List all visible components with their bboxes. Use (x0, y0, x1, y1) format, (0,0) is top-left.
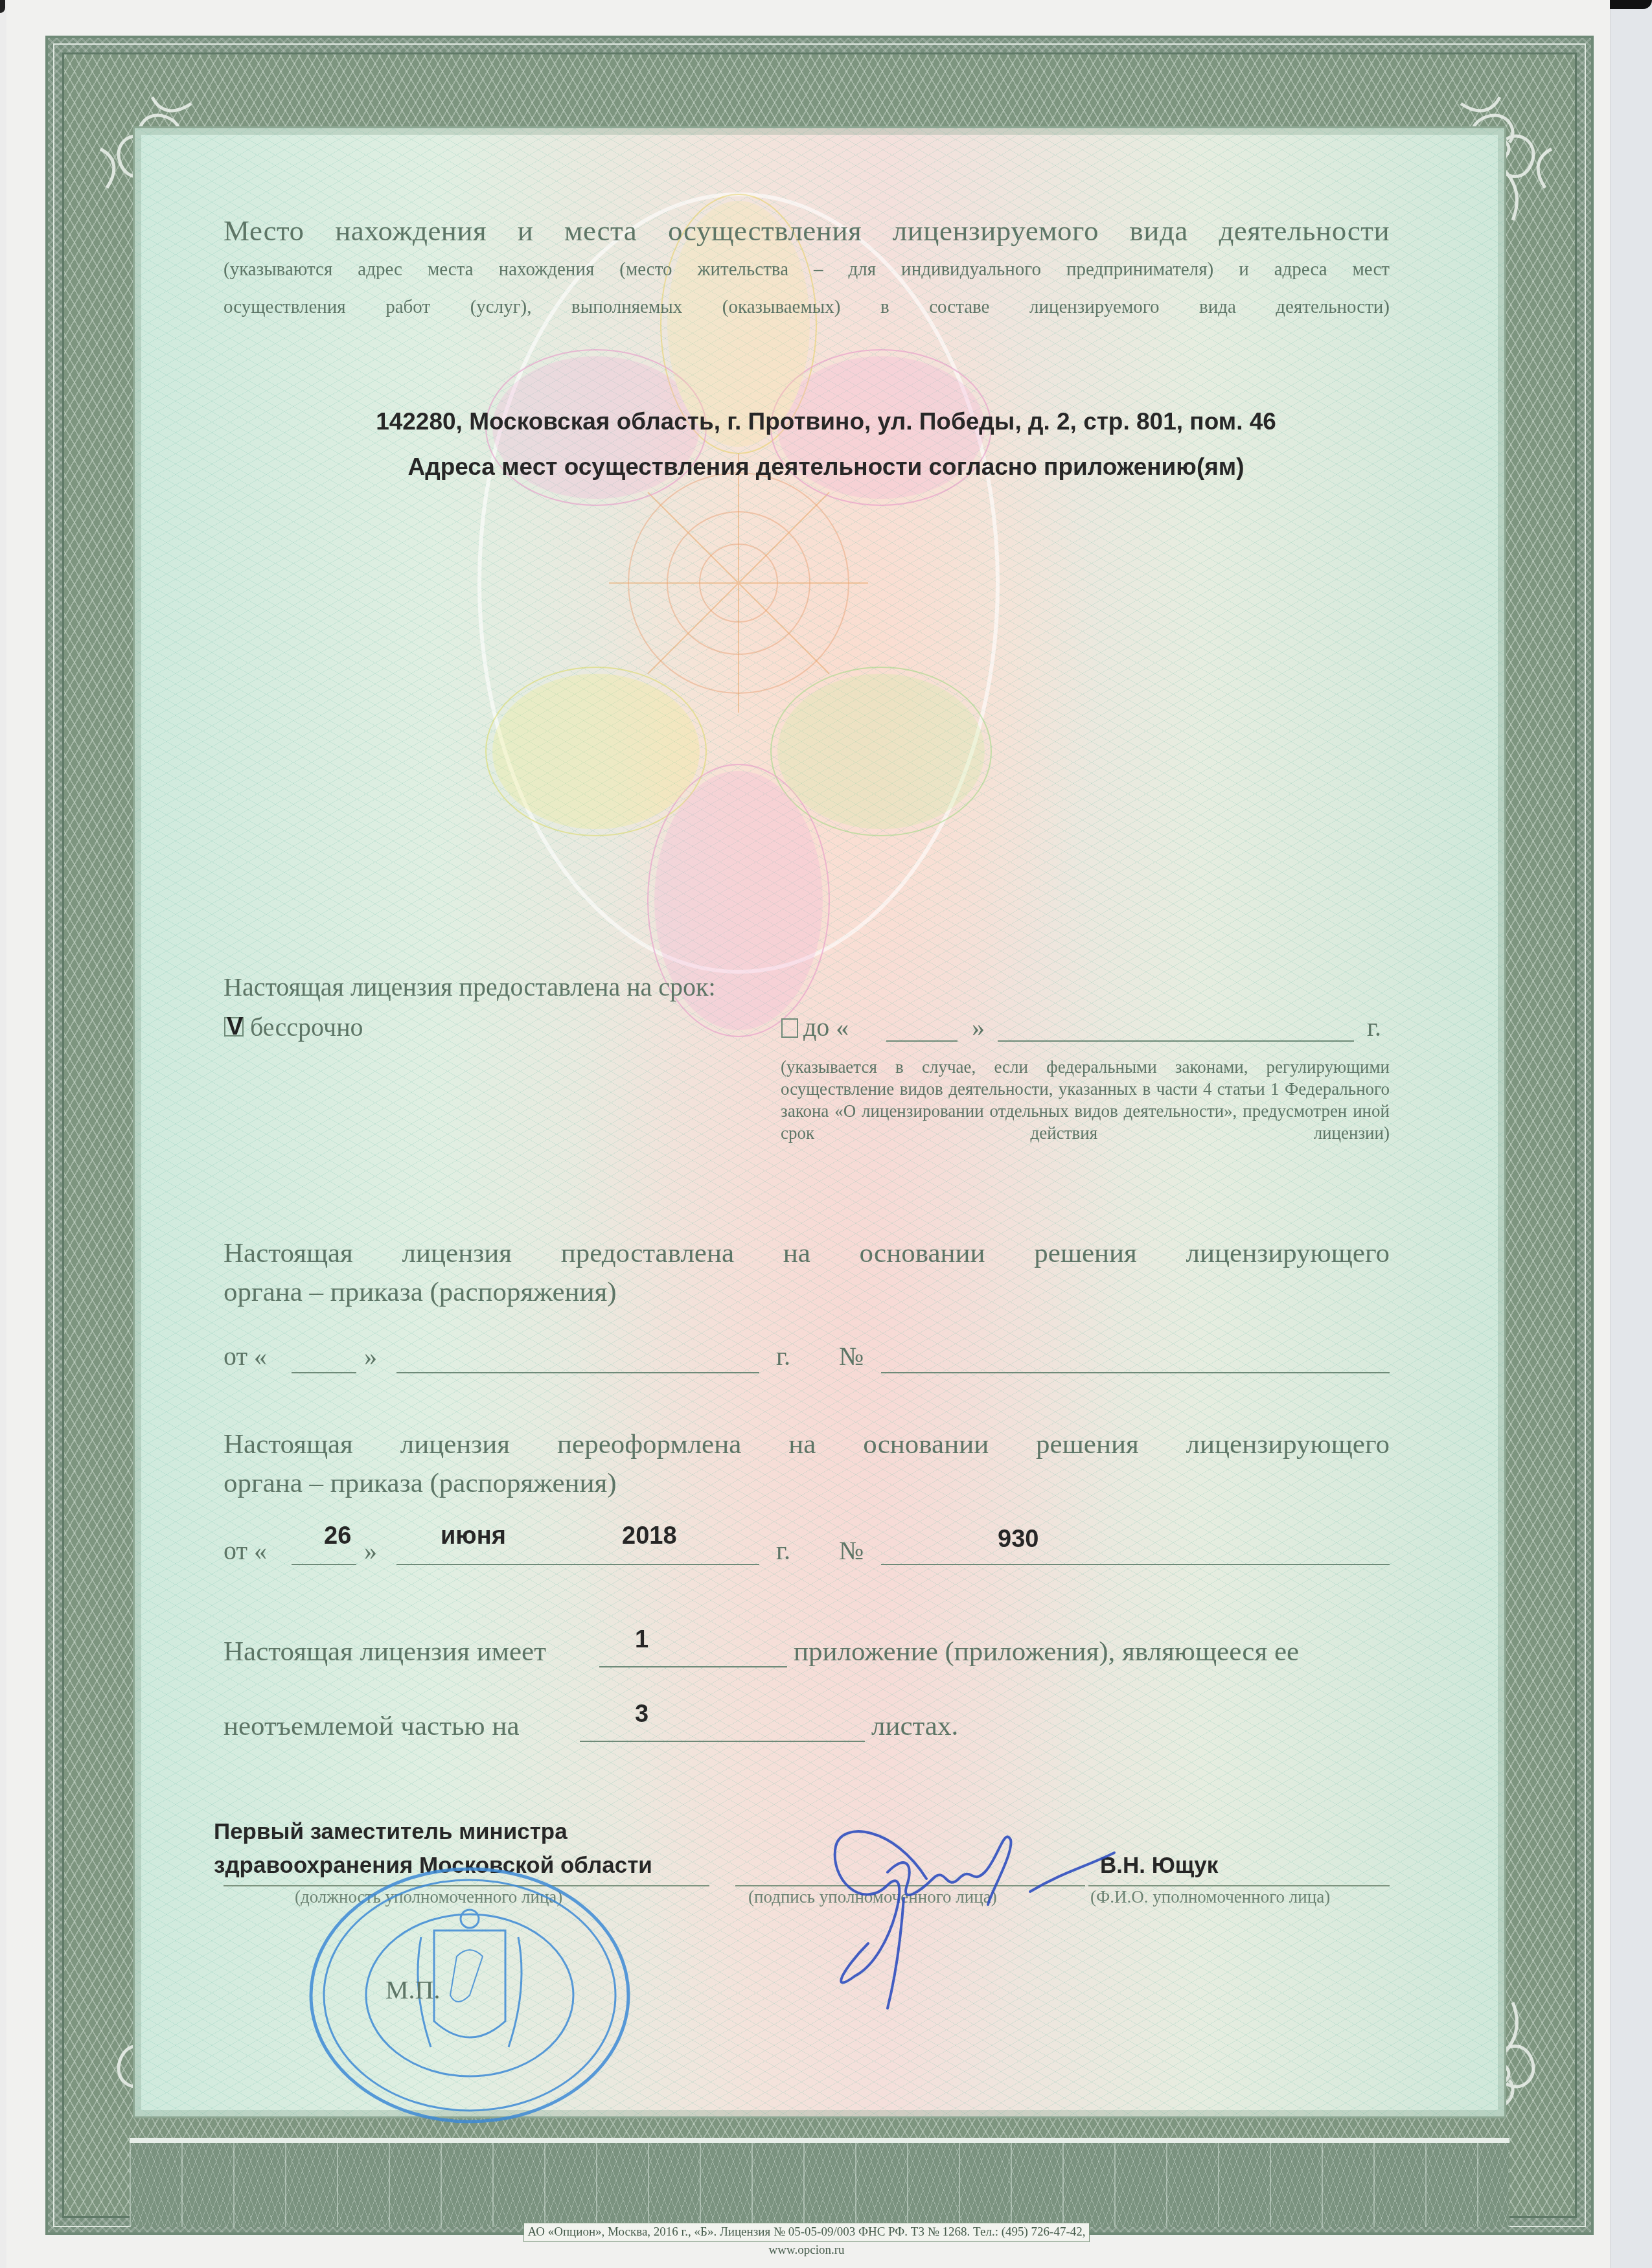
basis-line1: Настоящая лицензия предоставлена на осно… (224, 1237, 1390, 1269)
basis-date-prefix: от « (224, 1341, 267, 1371)
until-year-suffix: г. (1367, 1012, 1381, 1042)
reissue-line2: органа – приказа (распоряжения) (224, 1467, 617, 1499)
signatory-position-line2: здравоохранения Московской области (214, 1853, 652, 1879)
appendix-count: 1 (635, 1626, 648, 1654)
reissue-month: июня (441, 1522, 506, 1550)
bottom-ornament-band (130, 2138, 1509, 2227)
option-until-label: до « (803, 1012, 849, 1042)
license-address-note: Адреса мест осуществления деятельности с… (0, 453, 1652, 481)
appendix-line2-prefix: неотъемлемой частью на (224, 1710, 520, 1742)
until-day-field[interactable] (886, 1040, 958, 1042)
section-subtitle-line1: (указываются адрес места нахождения (мес… (224, 259, 1390, 281)
basis-date-mid: » (364, 1341, 377, 1371)
until-quote-close: » (972, 1012, 985, 1042)
reissue-date-prefix: от « (224, 1535, 267, 1566)
section-subtitle-line2: осуществления работ (услуг), выполняемых… (224, 297, 1390, 318)
name-caption: (Ф.И.О. уполномоченного лица) (1090, 1887, 1330, 1907)
appendix-line1-prefix: Настоящая лицензия имеет (224, 1636, 546, 1667)
printer-footer: АО «Опцион», Москва, 2016 г., «Б». Лицен… (523, 2223, 1090, 2242)
license-address: 142280, Московская область, г. Протвино,… (0, 408, 1652, 435)
reissue-year: 2018 (622, 1522, 677, 1550)
basis-number-field[interactable] (881, 1372, 1390, 1373)
scan-edge (0, 0, 5, 13)
reissue-date-mid: » (364, 1535, 377, 1566)
option-permanent-label: бессрочно (250, 1012, 363, 1042)
appendix-line1-suffix: приложение (приложения), являющееся ее (794, 1636, 1299, 1667)
term-label: Настоящая лицензия предоставлена на срок… (224, 972, 716, 1002)
reissue-day: 26 (324, 1522, 351, 1550)
checkbox-permanent[interactable]: V (224, 1017, 244, 1037)
section-title-location: Место нахождения и места осуществления л… (224, 214, 1390, 247)
signatory-position-line1: Первый заместитель министра (214, 1819, 568, 1845)
reissue-number-field[interactable] (881, 1564, 1390, 1565)
name-line (1088, 1885, 1390, 1886)
checkbox-until-date[interactable] (781, 1018, 798, 1038)
signature-caption: (подпись уполномоченного лица) (748, 1887, 997, 1907)
reissue-month-year-field[interactable] (396, 1564, 759, 1565)
scanner-corner (1610, 0, 1652, 9)
basis-number-label: № (839, 1341, 864, 1371)
term-note: (указывается в случае, если федеральными… (781, 1056, 1390, 1144)
appendix-line2-suffix: листах. (871, 1710, 958, 1742)
basis-month-year-field[interactable] (396, 1372, 759, 1373)
basis-year-suffix: г. (776, 1341, 790, 1371)
reissue-line1: Настоящая лицензия переоформлена на осно… (224, 1428, 1390, 1460)
reissue-number-label: № (839, 1535, 864, 1566)
sheet-count: 3 (635, 1701, 648, 1728)
signature-line (735, 1885, 1085, 1886)
seal-label: М.П. (385, 1975, 440, 2005)
signatory-name: В.Н. Ющук (1100, 1853, 1218, 1879)
reissue-number: 930 (998, 1526, 1038, 1553)
appendix-count-field[interactable] (599, 1666, 787, 1667)
until-prefix: до « (803, 1013, 849, 1042)
position-caption: (должность уполномоченного лица) (295, 1887, 562, 1907)
basis-line2: органа – приказа (распоряжения) (224, 1276, 617, 1308)
until-month-year-field[interactable] (998, 1040, 1354, 1042)
scanner-edge (1610, 0, 1652, 2268)
check-mark-icon: V (227, 1013, 243, 1041)
basis-day-field[interactable] (292, 1372, 356, 1373)
reissue-day-field[interactable] (292, 1564, 356, 1565)
position-line (224, 1885, 709, 1886)
reissue-year-suffix: г. (776, 1535, 790, 1566)
sheet-count-field[interactable] (580, 1741, 865, 1742)
